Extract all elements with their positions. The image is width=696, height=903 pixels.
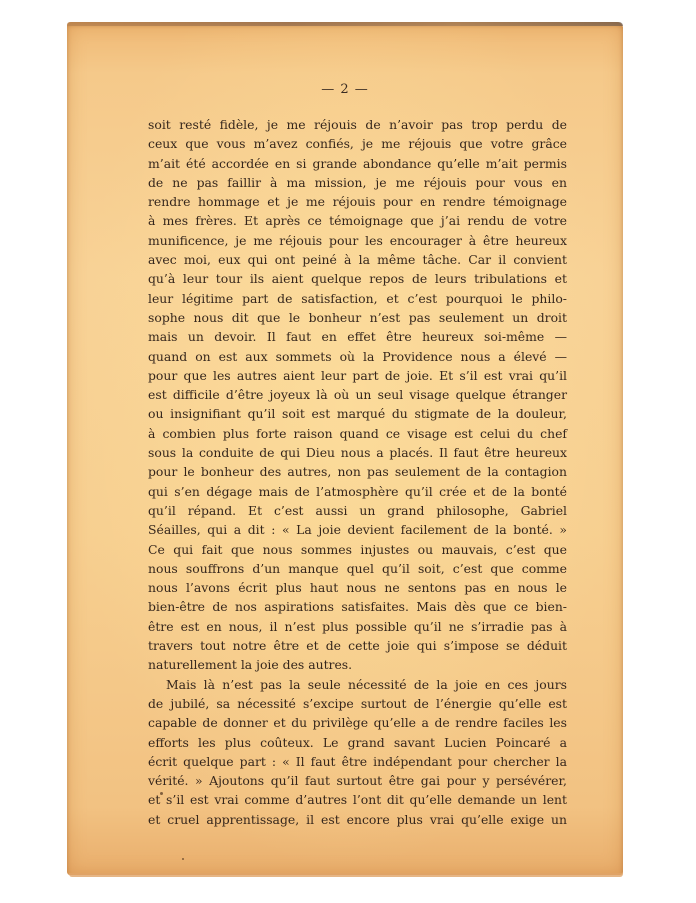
text-line: de jubilé, sa nécessité s’excipe surtout… <box>148 694 567 713</box>
text-line: et cruel apprentissage, il est encore pl… <box>148 810 567 829</box>
text-line: travers tout notre être et de cette joie… <box>148 636 567 655</box>
text-line: munificence, je me réjouis pour les enco… <box>148 231 567 250</box>
text-line: mais un devoir. Il faut en effet être he… <box>148 327 567 346</box>
text-line: est difficile d’être joyeux là où un seu… <box>148 385 567 404</box>
text-line: m’ait été accordée en si grande abondanc… <box>148 154 567 173</box>
paper-speck <box>182 858 184 860</box>
text-line: à mes frères. Et après ce témoignage que… <box>148 211 567 230</box>
text-line: Séailles, qui a dit : « La joie devient … <box>148 520 567 539</box>
scanned-page: — 2 — soit resté fidèle, je me réjouis d… <box>67 22 623 875</box>
paper-speck <box>160 792 163 795</box>
text-line: de ne pas faillir à ma mission, je me ré… <box>148 173 567 192</box>
text-line: soit resté fidèle, je me réjouis de n’av… <box>148 115 567 134</box>
text-line: qui s’en dégage mais de l’atmosphère qu’… <box>148 482 567 501</box>
text-line: efforts les plus coûteux. Le grand savan… <box>148 733 567 752</box>
text-line: nous souffrons d’un manque quel qu’il so… <box>148 559 567 578</box>
text-line: qu’à leur tour ils aient quelque repos d… <box>148 269 567 288</box>
page-number: — 2 — <box>67 82 623 97</box>
text-line: être est en nous, il n’est plus possible… <box>148 617 567 636</box>
text-line: ceux que vous m’avez confiés, je me réjo… <box>148 134 567 153</box>
text-line: pour le bonheur des autres, non pas seul… <box>148 462 567 481</box>
text-line: à combien plus forte raison quand ce vis… <box>148 424 567 443</box>
text-line: et s’il est vrai comme d’autres l’ont di… <box>148 790 567 809</box>
body-text: soit resté fidèle, je me réjouis de n’av… <box>148 115 567 829</box>
text-line: écrit quelque part : « Il faut être indé… <box>148 752 567 771</box>
text-line: leur légitime part de satisfaction, et c… <box>148 289 567 308</box>
text-line: sophe nous dit que le bonheur n’est pas … <box>148 308 567 327</box>
text-line: pour que les autres aient leur part de j… <box>148 366 567 385</box>
text-line: rendre hommage et je me réjouis pour en … <box>148 192 567 211</box>
text-line-paragraph-start: Mais là n’est pas la seule nécessité de … <box>148 675 567 694</box>
text-line: ou insignifiant qu’il soit est marqué du… <box>148 404 567 423</box>
text-line: Ce qui fait que nous sommes injustes ou … <box>148 540 567 559</box>
text-line: sous la conduite de qui Dieu nous a plac… <box>148 443 567 462</box>
text-line: capable de donner et du privilège qu’ell… <box>148 713 567 732</box>
text-line: bien-être de nos aspirations satisfaites… <box>148 597 567 616</box>
text-line: quand on est aux sommets où la Providenc… <box>148 347 567 366</box>
text-line: nous l’avons écrit plus haut nous ne sen… <box>148 578 567 597</box>
text-line-paragraph-end: naturellement la joie des autres. <box>148 655 567 674</box>
text-line: avec moi, eux qui ont peiné à la même tâ… <box>148 250 567 269</box>
text-line: vérité. » Ajoutons qu’il faut surtout êt… <box>148 771 567 790</box>
text-line: qu’il répand. Et c’est aussi un grand ph… <box>148 501 567 520</box>
